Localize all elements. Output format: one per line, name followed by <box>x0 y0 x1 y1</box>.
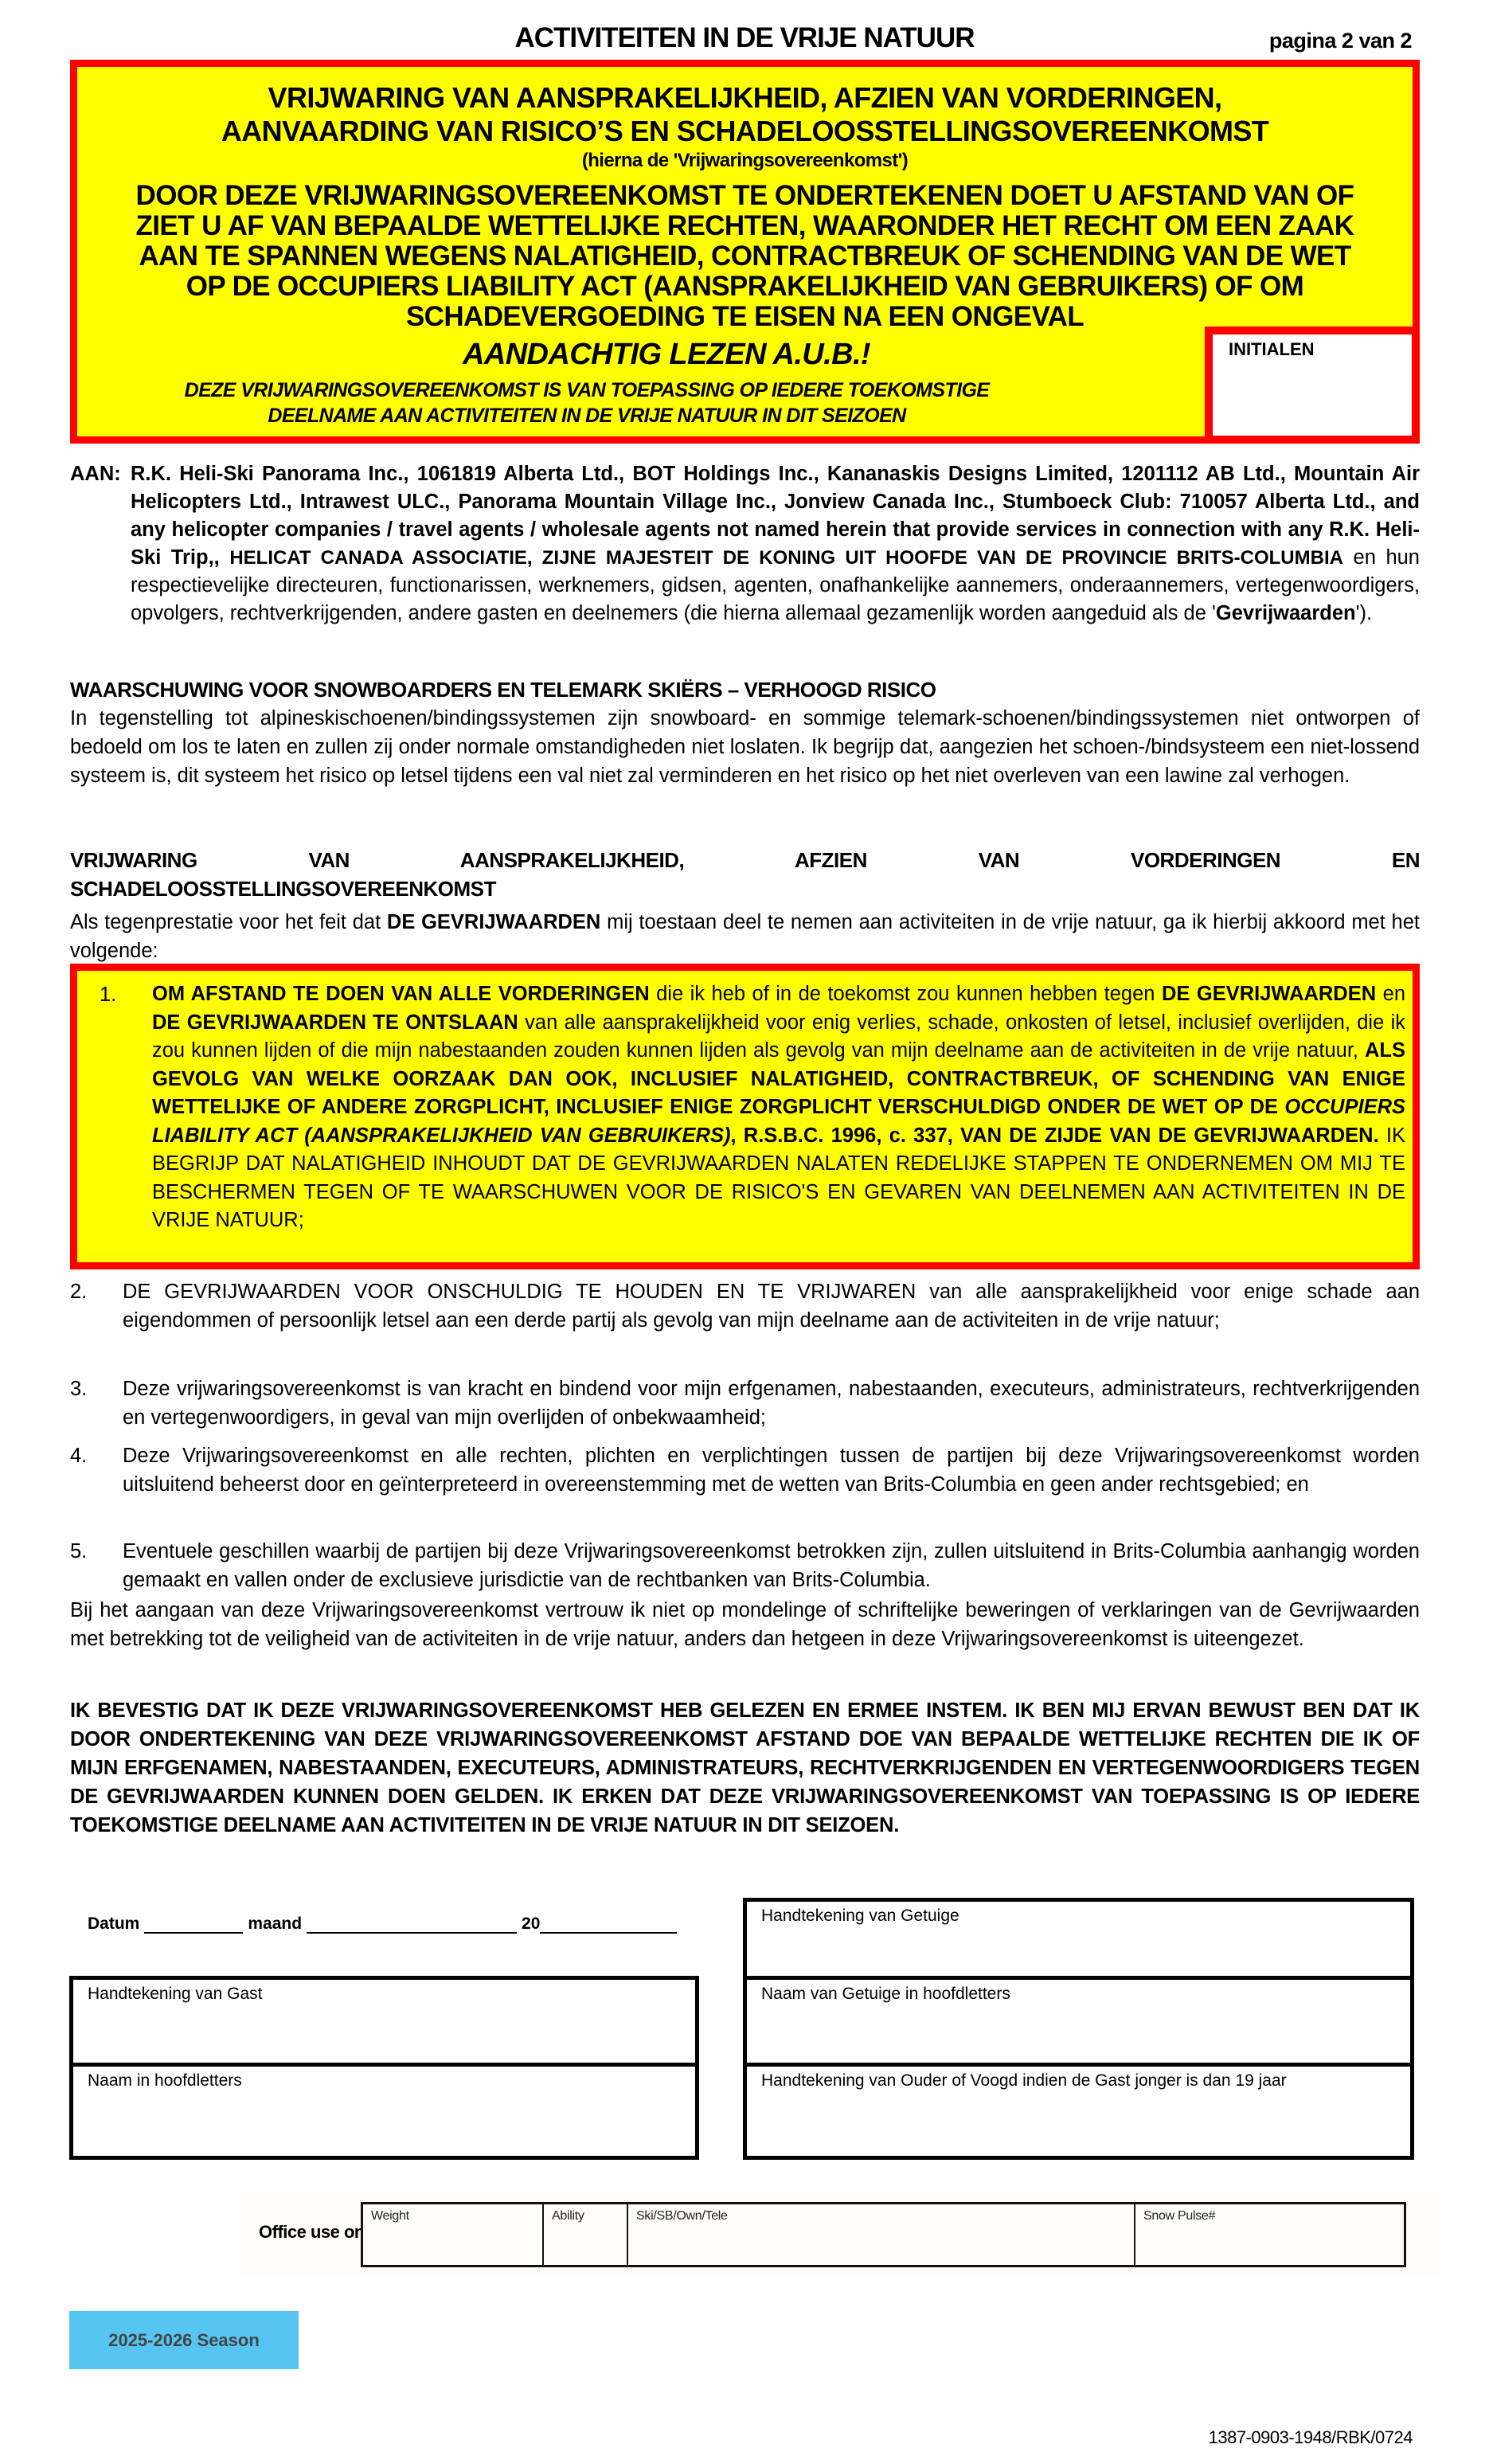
month-label: maand <box>248 1914 302 1933</box>
parties-end: '). <box>1356 602 1372 624</box>
clause-1-segment: en <box>1376 983 1405 1005</box>
clause-1-segment: OM AFSTAND TE DOEN VAN ALLE VORDERINGEN <box>152 983 650 1005</box>
initials-box: INITIALEN <box>1205 327 1420 444</box>
clause-4-text: Deze Vrijwaringsovereenkomst en alle rec… <box>123 1441 1420 1499</box>
date-label: Datum <box>88 1914 139 1933</box>
release-section: VRIJWARING VAN AANSPRAKELIJKHEID, AFZIEN… <box>70 846 1420 965</box>
witness-signature-field[interactable]: Handtekening van Getuige <box>743 1898 1414 1980</box>
released-parties-text: R.K. Heli-Ski Panorama Inc., 1061819 Alb… <box>131 460 1420 628</box>
guardian-signature-label: Handtekening van Ouder of Voogd indien d… <box>761 2071 1287 2090</box>
release-intro-before: Als tegenprestatie voor het feit dat <box>70 911 381 933</box>
aan-label: AAN: <box>70 460 121 488</box>
initials-field[interactable]: INITIALEN <box>1213 334 1412 436</box>
snowboard-warning-heading: WAARSCHUWING VOOR SNOWBOARDERS EN TELEMA… <box>70 675 1420 704</box>
office-equipment-label: Ski/SB/Own/Tele <box>636 2209 728 2223</box>
clause-1-box: 1. OM AFSTAND TE DOEN VAN ALLE VORDERING… <box>70 964 1420 1269</box>
office-use-table: Weight Ability Ski/SB/Own/Tele Snow Puls… <box>361 2202 1406 2267</box>
clause-1-box-fill: 1. OM AFSTAND TE DOEN VAN ALLE VORDERING… <box>77 971 1413 1262</box>
guardian-signature-field[interactable]: Handtekening van Ouder of Voogd indien d… <box>743 2063 1414 2160</box>
release-section-heading-1: VRIJWARING VAN AANSPRAKELIJKHEID, AFZIEN… <box>70 846 1420 874</box>
clause-number: 4. <box>70 1441 87 1470</box>
clause-1-segment: die ik heb of in de toekomst zou kunnen … <box>650 983 1162 1005</box>
season-badge: 2025-2026 Season <box>69 2311 299 2369</box>
page-number: pagina 2 van 2 <box>1269 29 1412 53</box>
warning-line-2: ZIET U AF VAN BEPAALDE WETTELIJKE RECHTE… <box>77 210 1413 242</box>
parties-caps: HELICAT CANADA ASSOCIATIE, ZIJNE MAJESTE… <box>229 547 1343 569</box>
release-heading-line-2: AANVAARDING VAN RISICO’S EN SCHADELOOSST… <box>77 115 1413 148</box>
applies-note-line-2: DEELNAME AAN ACTIVITEITEN IN DE VRIJE NA… <box>77 405 1096 428</box>
clause-3-text: Deze vrijwaringsovereenkomst is van krac… <box>123 1375 1420 1432</box>
defined-term: Gevrijwaarden <box>1216 602 1356 624</box>
release-section-heading-2: SCHADELOOSSTELLINGSOVEREENKOMST <box>70 874 1420 903</box>
year-prefix: 20 <box>522 1914 540 1933</box>
clause-1-segment: DE GEVRIJWAARDEN TE ONTSLAAN <box>152 1011 518 1034</box>
warning-line-4: OP DE OCCUPIERS LIABILITY ACT (AANSPRAKE… <box>77 271 1413 303</box>
clause-number: 3. <box>70 1375 87 1403</box>
release-warning-box: VRIJWARING VAN AANSPRAKELIJKHEID, AFZIEN… <box>70 60 1420 444</box>
clause-number: 2. <box>70 1277 87 1306</box>
day-input[interactable] <box>144 1914 243 1934</box>
release-intro-bold: DE GEVRIJWAARDEN <box>387 911 600 933</box>
snowboard-warning-body: In tegenstelling tot alpineskischoenen/b… <box>70 704 1420 790</box>
clause-5-text: Eventuele geschillen waarbij de partijen… <box>123 1537 1420 1594</box>
release-heading-line-1: VRIJWARING VAN AANSPRAKELIJKHEID, AFZIEN… <box>77 81 1413 115</box>
applies-note-line-1: DEZE VRIJWARINGSOVEREENKOMST IS VAN TOEP… <box>77 379 1096 402</box>
office-ability-field[interactable]: Ability <box>544 2204 628 2265</box>
warning-line-3: AAN TE SPANNEN WEGENS NALATIGHEID, CONTR… <box>77 241 1413 272</box>
clause-1-text: OM AFSTAND TE DOEN VAN ALLE VORDERINGEN … <box>152 980 1405 1235</box>
date-row: Datummaand20 <box>88 1914 682 1934</box>
initials-label: INITIALEN <box>1229 339 1315 360</box>
office-snowpulse-field[interactable]: Snow Pulse# <box>1135 2204 1404 2265</box>
clause-2-text: DE GEVRIJWAARDEN VOOR ONSCHULDIG TE HOUD… <box>123 1277 1420 1335</box>
guest-name-label: Naam in hoofdletters <box>88 2071 242 2090</box>
office-weight-field[interactable]: Weight <box>363 2204 544 2265</box>
guest-signature-label: Handtekening van Gast <box>88 1985 262 2004</box>
office-snowpulse-label: Snow Pulse# <box>1143 2209 1215 2223</box>
witness-signature-label: Handtekening van Getuige <box>761 1907 959 1926</box>
office-equipment-field[interactable]: Ski/SB/Own/Tele <box>628 2204 1135 2265</box>
clause-1-segment: , R.S.B.C. 1996, c. 337, VAN DE ZIJDE VA… <box>730 1124 1378 1147</box>
guest-name-field[interactable]: Naam in hoofdletters <box>69 2063 699 2160</box>
witness-name-label: Naam van Getuige in hoofdletters <box>761 1985 1010 2004</box>
document-title: ACTIVITEITEN IN DE VRIJE NATUUR <box>0 22 1489 54</box>
document-code: 1387-0903-1948/RBK/0724 <box>1209 2427 1413 2448</box>
snowboard-warning-section: WAARSCHUWING VOOR SNOWBOARDERS EN TELEMA… <box>70 675 1420 790</box>
warning-line-1: DOOR DEZE VRIJWARINGSOVEREENKOMST TE OND… <box>77 180 1413 212</box>
clause-number: 1. <box>100 980 116 1009</box>
reliance-paragraph: Bij het aangaan van deze Vrijwaringsover… <box>70 1596 1420 1653</box>
office-ability-label: Ability <box>552 2209 584 2223</box>
clause-1-segment: DE GEVRIJWAARDEN <box>1162 983 1376 1005</box>
clause-number: 5. <box>70 1537 87 1566</box>
month-input[interactable] <box>307 1914 517 1934</box>
guest-signature-field[interactable]: Handtekening van Gast <box>69 1976 699 2067</box>
office-weight-label: Weight <box>371 2209 409 2223</box>
release-subheading: (hierna de 'Vrijwaringsovereenkomst') <box>77 150 1413 172</box>
year-input[interactable] <box>540 1914 677 1934</box>
witness-name-field[interactable]: Naam van Getuige in hoofdletters <box>743 1976 1414 2067</box>
release-intro: Als tegenprestatie voor het feit dat DE … <box>70 908 1420 965</box>
acknowledgement-paragraph: IK BEVESTIG DAT IK DEZE VRIJWARINGSOVERE… <box>70 1696 1420 1840</box>
read-carefully-note: AANDACHTIG LEZEN A.U.B.! <box>77 338 1256 372</box>
